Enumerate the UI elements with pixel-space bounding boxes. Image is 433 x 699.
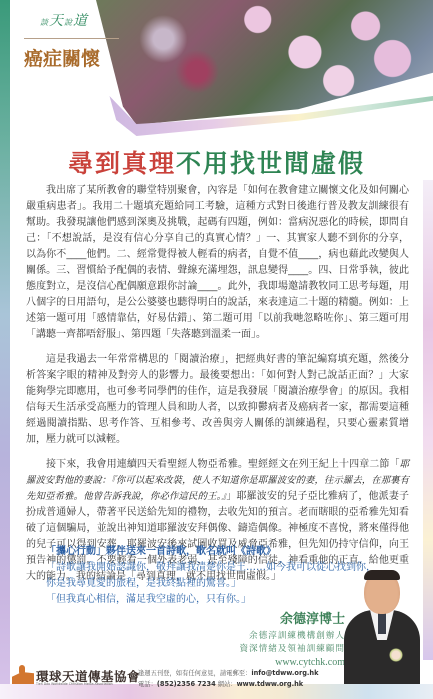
article-body: 我出席了某所教會的聯堂特別聚會，內容是「如何在教會建立關懷文化及如何關心嚴重病患… — [26, 183, 409, 594]
logo-divider — [24, 38, 119, 39]
email-link[interactable]: info@tdww.org.hk — [251, 669, 318, 677]
logo-char: 說 — [64, 18, 73, 27]
org-name-english: Tien Dao Worldwide Christian Media Assoc… — [36, 682, 113, 686]
title-green-part: 不用找世間虛假 — [176, 149, 365, 178]
paragraph-intro: 接下來，我會用連續四天看聖經人物亞希雅。聖經經文在列王紀上十四章二節「 — [46, 459, 400, 470]
logo-char: 談 — [40, 18, 49, 27]
phone-label: 電話： — [138, 681, 157, 688]
poem-block: 「攜心行動」夥伴送來一首詩歌，歌名就叫《詩歌》 「詩歌讓我開始認識你，敬拜讓我清… — [46, 544, 376, 608]
website-link[interactable]: www.tdww.org.hk — [237, 680, 304, 688]
left-edge-gradient — [0, 0, 10, 699]
flower-image — [96, 0, 433, 130]
logo-char: 道 — [73, 13, 88, 29]
phone-number: (852)2356 7234 — [157, 680, 216, 688]
header-flower-photo — [96, 0, 433, 130]
series-logo-bottom: 癌症關懷 — [24, 44, 100, 71]
boutonniere-icon — [389, 648, 403, 662]
paragraph: 我出席了某所教會的聯堂特別聚會，內容是「如何在教會建立關懷文化及如何關心嚴重病患… — [26, 183, 409, 343]
author-info: 余德淳訓練機構創辦人 資深情緒及領袖訓練顧問 www.cytchk.com — [239, 630, 345, 669]
author-name: 余德淳博士 — [280, 608, 345, 627]
author-title-1: 余德淳訓練機構創辦人 — [239, 630, 345, 643]
poem-line: 「但我真心相信，滿足我空虛的心，只有你。」 — [46, 592, 376, 608]
title-red-part: 尋到真理 — [68, 149, 176, 178]
series-logo-top: 談天說道 — [40, 10, 88, 30]
article-title: 尋到真理不用找世間虛假 — [0, 144, 433, 180]
column-series-name: 癌症關懷 — [24, 48, 100, 70]
contact-label: 逢週五刊登，如有任何意見，請電郵至： — [138, 670, 251, 677]
website-label: 網站： — [216, 681, 237, 688]
right-edge-gradient — [423, 180, 433, 660]
org-logo-icon — [12, 668, 34, 684]
logo-char: 天 — [49, 13, 64, 29]
tie — [378, 612, 386, 634]
poem-line: 你是我尋覓愛的旅程，是我終點裡的驚喜。」 — [46, 576, 376, 592]
poem-line: 「詩歌讓我開始認識你，敬拜讓我清楚你是王……如今我可以從心找到你， — [46, 560, 376, 576]
hair — [364, 570, 400, 580]
contact-line-1: 逢週五刊登，如有任何意見，請電郵至：info@tdww.org.hk — [138, 668, 319, 679]
footer-contact: 逢週五刊登，如有任何意見，請電郵至：info@tdww.org.hk 電話：(8… — [138, 668, 319, 690]
newspaper-column-page: 談天說道 癌症關懷 尋到真理不用找世間虛假 我出席了某所教會的聯堂特別聚會，內容… — [0, 0, 433, 699]
poem-heading: 「攜心行動」夥伴送來一首詩歌，歌名就叫《詩歌》 — [46, 544, 376, 560]
author-photo — [344, 570, 420, 690]
paragraph: 這是我過去一年常常構思的「閱讀治療」，把經典好書的筆記編寫填充題，然後分析答案字… — [26, 352, 409, 448]
author-title-2: 資深情緒及領袖訓練顧問 — [239, 643, 345, 656]
logo-dot — [19, 665, 25, 675]
contact-line-2: 電話：(852)2356 7234 網站：www.tdww.org.hk — [138, 679, 319, 690]
column-logo: 談天說道 癌症關懷 — [24, 8, 124, 68]
